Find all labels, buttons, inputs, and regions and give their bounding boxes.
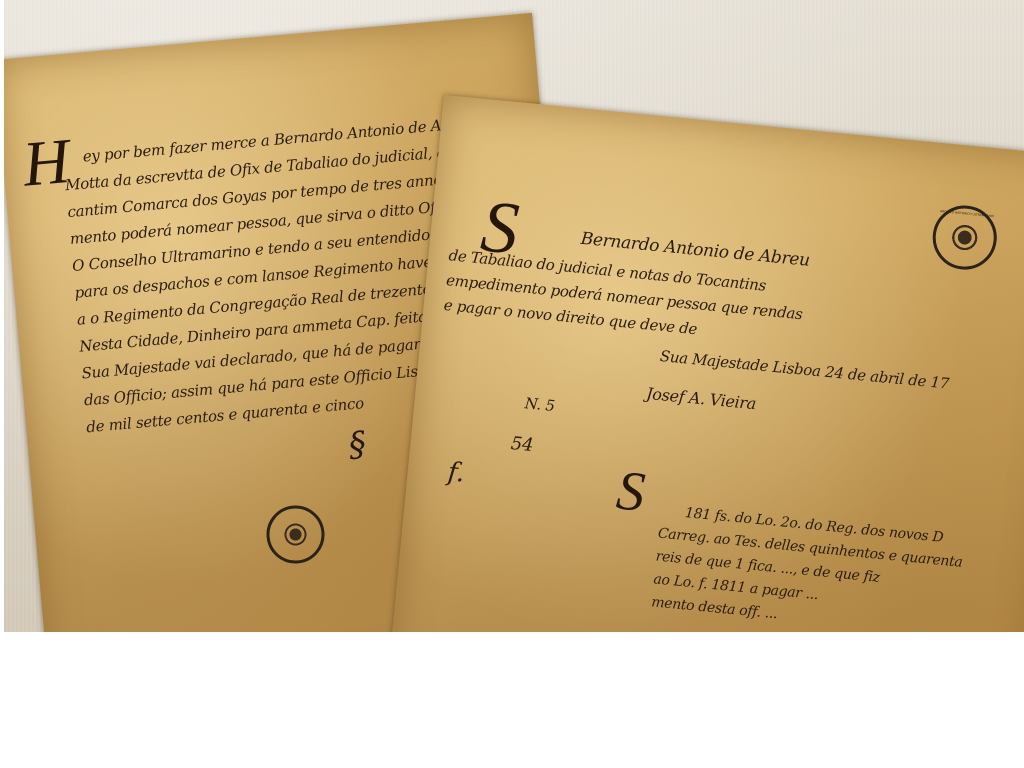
lower-block-initial: S <box>614 459 648 525</box>
signature: Josef A. Vieira <box>645 384 756 413</box>
left-page-initial: H <box>20 124 72 202</box>
stamp-label: ARQUIVO HISTORICO ULTRAMARINO <box>938 209 996 219</box>
archive-seal-stamp: ARQUIVO HISTORICO ULTRAMARINO <box>930 203 1000 273</box>
right-manuscript-page: S Bernardo Antonio de Abreu de Tabaliao … <box>385 95 1024 632</box>
marginal-note: f. <box>446 457 465 488</box>
marginal-note: 54 <box>510 433 534 456</box>
right-page-line: Sua Majestade Lisboa 24 de abril de 17 <box>659 347 950 393</box>
manuscript-photo: H ey por bem fazer merce a Bernardo Anto… <box>4 0 1024 632</box>
ink-flourish-mark: § <box>347 424 367 465</box>
marginal-note: N. 5 <box>524 394 556 415</box>
archive-seal-stamp <box>264 503 327 566</box>
lower-block-line: mento desta off. ... <box>651 594 778 622</box>
